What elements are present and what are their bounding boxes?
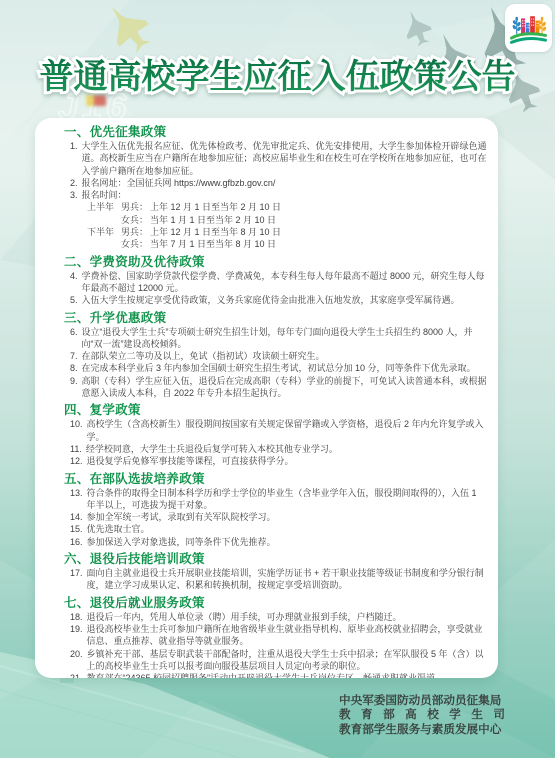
section-heading: 七、退役后就业服务政策 xyxy=(35,596,488,610)
item-number: 15. xyxy=(70,523,83,535)
page-title-text: 普通高校学生应征入伍政策公告 xyxy=(0,54,555,100)
item-text: 入伍大学生按规定享受优待政策，义务兵家庭优待金由批准入伍地发放，其家庭享受军属待… xyxy=(82,294,488,306)
footer-line-3: 教育部学生服务与素质发展中心 xyxy=(339,723,505,737)
policy-item: 1.大学生入伍优先报名应征、优先体检政考、优先审批定兵、优先安排使用，大学生参加… xyxy=(35,140,488,177)
item-text: 优先选取士官。 xyxy=(87,523,488,535)
item-number: 14. xyxy=(70,511,83,523)
section-heading: 三、升学优惠政策 xyxy=(35,311,488,325)
policy-section: 二、学费资助及优待政策4.学费补偿、国家助学贷款代偿学费、学费减免，本专科生每人… xyxy=(35,255,488,307)
schedule-period: 下半年 xyxy=(87,226,121,238)
policy-section: 五、在部队选拔培养政策13.符合条件的取得全日制本科学历和学士学位的毕业生（含毕… xyxy=(35,472,488,548)
section-heading: 五、在部队选拔培养政策 xyxy=(35,472,488,486)
policy-item: 19.退役高校毕业生士兵可参加户籍所在地省级毕业生就业指导机构、原毕业高校就业招… xyxy=(35,623,488,648)
item-text: 退役高校毕业生士兵可参加户籍所在地省级毕业生就业指导机构、原毕业高校就业招聘会，… xyxy=(87,623,488,648)
schedule-line: 女兵：当年 7 月 1 日至当年 8 月 10 日 xyxy=(35,238,488,250)
item-text: 报名时间： xyxy=(82,189,488,201)
item-text: 在部队荣立二等功及以上，免试（指初试）攻读硕士研究生。 xyxy=(82,350,488,362)
schedule-date-range: 当年 7 月 1 日至当年 8 月 10 日 xyxy=(150,238,276,250)
item-number: 6. xyxy=(70,326,78,338)
schedule-period: 上半年 xyxy=(87,201,121,213)
sections: 一、优先征集政策1.大学生入伍优先报名应征、优先体检政考、优先审批定兵、优先安排… xyxy=(35,118,498,678)
item-text: 退役后一年内，凭用人单位录（聘）用手续，可办理就业报到手续，户档随迁。 xyxy=(87,611,488,623)
item-number: 17. xyxy=(70,567,83,579)
policy-item: 7.在部队荣立二等功及以上，免试（指初试）攻读硕士研究生。 xyxy=(35,350,488,362)
policy-item: 16.参加保送入学对象选拔，同等条件下优先推荐。 xyxy=(35,536,488,548)
policy-item: 21.教育部在“24365 校园招聘服务”活动中开辟退役大学生士兵岗位专区，畅通… xyxy=(35,672,488,678)
section-heading: 一、优先征集政策 xyxy=(35,125,488,139)
policy-item: 17.面向自主就业退役士兵开展职业技能培训，实施学历证书 + 若干职业技能等级证… xyxy=(35,567,488,592)
campus-emblem-icon xyxy=(508,7,549,49)
schedule-date-range: 上年 12 月 1 日至当年 2 月 10 日 xyxy=(150,201,281,213)
item-number: 8. xyxy=(70,362,78,374)
policy-item: 9.高职（专科）学生应征入伍，退役后在完成高职（专科）学业的前提下，可免试入读普… xyxy=(35,375,488,400)
schedule-role: 女兵： xyxy=(121,238,148,250)
item-text: 高职（专科）学生应征入伍，退役后在完成高职（专科）学业的前提下，可免试入读普通本… xyxy=(82,375,488,400)
schedule-role: 男兵： xyxy=(121,201,148,213)
policy-item: 10.高校学生（含高校新生）服役期间按国家有关规定保留学籍或入学资格，退役后 2… xyxy=(35,418,488,443)
item-number: 12. xyxy=(70,455,83,467)
policy-item: 5.入伍大学生按规定享受优待政策，义务兵家庭优待金由批准入伍地发放，其家庭享受军… xyxy=(35,294,488,306)
item-text: 面向自主就业退役士兵开展职业技能培训，实施学历证书 + 若干职业技能等级证书制度… xyxy=(87,567,488,592)
hills xyxy=(511,34,545,43)
item-number: 13. xyxy=(70,487,83,499)
policy-section: 四、复学政策10.高校学生（含高校新生）服役期间按国家有关规定保留学籍或入学资格… xyxy=(35,403,488,467)
section-heading: 四、复学政策 xyxy=(35,403,488,417)
page-title: 普通高校学生应征入伍政策公告 普通高校学生应征入伍政策公告 xyxy=(0,54,555,104)
policy-item: 15.优先选取士官。 xyxy=(35,523,488,535)
footer: 中央军委国防动员部动员征集局 教育部高校学生司 教育部学生服务与素质发展中心 xyxy=(339,694,505,737)
item-number: 16. xyxy=(70,536,83,548)
footer-line-2: 教育部高校学生司 xyxy=(339,708,505,722)
schedule-line: 女兵：当年 1 月 1 日至当年 2 月 10 日 xyxy=(35,214,488,226)
footer-line-1: 中央军委国防动员部动员征集局 xyxy=(339,694,505,708)
policy-section: 一、优先征集政策1.大学生入伍优先报名应征、优先体检政考、优先审批定兵、优先安排… xyxy=(35,125,488,251)
item-text: 乡镇补充干部、基层专职武装干部配备时，注重从退役大学生士兵中招录；在军队服役 5… xyxy=(87,648,488,673)
item-text: 设立“退役大学生士兵”专项硕士研究生招生计划，每年专门面向退役大学生士兵招生约 … xyxy=(82,326,488,351)
policy-item: 4.学费补偿、国家助学贷款代偿学费、学费减免，本专科生每人每年最高不超过 800… xyxy=(35,270,488,295)
schedule-period xyxy=(87,238,121,250)
item-text: 退役复学后免修军事技能等课程，可直接获得学分。 xyxy=(87,455,488,467)
policy-item: 8.在完成本科学业后 3 年内参加全国硕士研究生招生考试，初试总分加 10 分，… xyxy=(35,362,488,374)
item-text: 教育部在“24365 校园招聘服务”活动中开辟退役大学生士兵岗位专区，畅通求职就… xyxy=(87,672,488,678)
schedule-line: 上半年男兵：上年 12 月 1 日至当年 2 月 10 日 xyxy=(35,201,488,213)
campus-emblem-logo xyxy=(505,4,552,52)
policy-item: 11.经学校同意，大学生士兵退役后复学可转入本校其他专业学习。 xyxy=(35,443,488,455)
policy-item: 13.符合条件的取得全日制本科学历和学士学位的毕业生（含毕业学年入伍，服役期间取… xyxy=(35,487,488,512)
item-number: 21. xyxy=(70,672,83,678)
item-number: 20. xyxy=(70,648,83,660)
policy-item: 12.退役复学后免修军事技能等课程，可直接获得学分。 xyxy=(35,455,488,467)
schedule-date-range: 当年 1 月 1 日至当年 2 月 10 日 xyxy=(150,214,276,226)
item-text: 大学生入伍优先报名应征、优先体检政考、优先审批定兵、优先安排使用，大学生参加体检… xyxy=(82,140,488,177)
item-number: 4. xyxy=(70,270,78,282)
item-number: 18. xyxy=(70,611,83,623)
poster: J16 xyxy=(0,0,555,758)
schedule-line: 下半年男兵：上年 12 月 1 日至当年 8 月 10 日 xyxy=(35,226,488,238)
policy-section: 六、退役后技能培训政策17.面向自主就业退役士兵开展职业技能培训，实施学历证书 … xyxy=(35,552,488,592)
schedule-role: 女兵： xyxy=(121,214,148,226)
schedule-period xyxy=(87,214,121,226)
item-text: 参加全军统一考试，录取到有关军队院校学习。 xyxy=(87,511,488,523)
item-number: 1. xyxy=(70,140,78,152)
policy-item: 3.报名时间： xyxy=(35,189,488,201)
item-text: 在完成本科学业后 3 年内参加全国硕士研究生招生考试，初试总分加 10 分，同等… xyxy=(82,362,488,374)
item-text: 经学校同意，大学生士兵退役后复学可转入本校其他专业学习。 xyxy=(86,443,488,455)
buildings xyxy=(521,16,539,34)
policy-card: 一、优先征集政策1.大学生入伍优先报名应征、优先体检政考、优先审批定兵、优先安排… xyxy=(35,118,498,678)
item-number: 9. xyxy=(70,375,78,387)
schedule-role: 男兵： xyxy=(121,226,148,238)
item-text: 高校学生（含高校新生）服役期间按国家有关规定保留学籍或入学资格，退役后 2 年内… xyxy=(87,418,488,443)
wheat-left xyxy=(512,17,521,34)
item-number: 10. xyxy=(70,418,83,430)
policy-item: 6.设立“退役大学生士兵”专项硕士研究生招生计划，每年专门面向退役大学生士兵招生… xyxy=(35,326,488,351)
item-number: 11. xyxy=(70,443,82,455)
policy-item: 2.报名网址：全国征兵网 https://www.gfbzb.gov.cn/ xyxy=(35,177,488,189)
section-heading: 二、学费资助及优待政策 xyxy=(35,255,488,269)
item-text: 报名网址：全国征兵网 https://www.gfbzb.gov.cn/ xyxy=(82,177,488,189)
item-number: 7. xyxy=(70,350,78,362)
section-heading: 六、退役后技能培训政策 xyxy=(35,552,488,566)
item-number: 5. xyxy=(70,294,78,306)
item-number: 2. xyxy=(70,177,78,189)
item-text: 参加保送入学对象选拔，同等条件下优先推荐。 xyxy=(87,536,488,548)
item-number: 3. xyxy=(70,189,78,201)
item-text: 符合条件的取得全日制本科学历和学士学位的毕业生（含毕业学年入伍，服役期间取得的）… xyxy=(87,487,488,512)
item-number: 19. xyxy=(70,623,83,635)
schedule-date-range: 上年 12 月 1 日至当年 8 月 10 日 xyxy=(150,226,281,238)
policy-item: 14.参加全军统一考试，录取到有关军队院校学习。 xyxy=(35,511,488,523)
policy-section: 三、升学优惠政策6.设立“退役大学生士兵”专项硕士研究生招生计划，每年专门面向退… xyxy=(35,311,488,400)
item-text: 学费补偿、国家助学贷款代偿学费、学费减免，本专科生每人每年最高不超过 8000 … xyxy=(82,270,488,295)
policy-section: 七、退役后就业服务政策18.退役后一年内，凭用人单位录（聘）用手续，可办理就业报… xyxy=(35,596,488,678)
policy-item: 20.乡镇补充干部、基层专职武装干部配备时，注重从退役大学生士兵中招录；在军队服… xyxy=(35,648,488,673)
policy-item: 18.退役后一年内，凭用人单位录（聘）用手续，可办理就业报到手续，户档随迁。 xyxy=(35,611,488,623)
